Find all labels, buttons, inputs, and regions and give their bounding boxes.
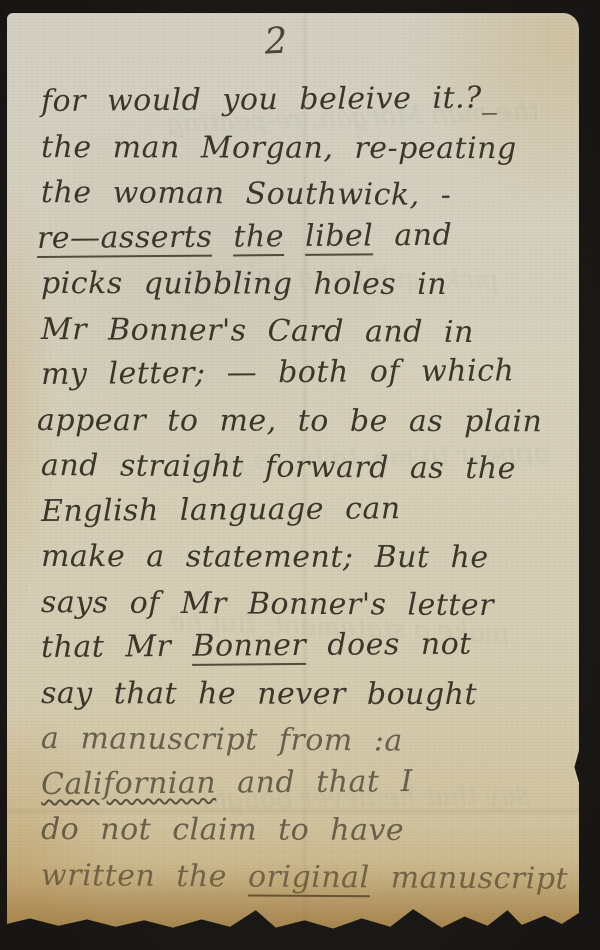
manuscript-text: the woman Southwick, - (41, 175, 452, 213)
manuscript-text: that Mr (41, 629, 193, 665)
underlined-word: Californian (41, 765, 216, 801)
manuscript-text: picks quibbling holes in (41, 266, 447, 302)
manuscript-text: say that he never bought (41, 676, 477, 712)
manuscript-line: English language can (41, 484, 569, 534)
manuscript-text: says of Mr Bonner's letter (41, 585, 494, 623)
manuscript-text: English language can (41, 491, 401, 529)
underlined-word: Bonner (192, 628, 306, 666)
manuscript-line: for would you beleive it.?_ (41, 75, 569, 125)
manuscript-page: the man Morgan, re-peating picks quibbli… (7, 13, 579, 935)
manuscript-line: that Mr Bonner does not (41, 621, 569, 671)
page-number: 2 (263, 20, 288, 62)
manuscript-line: picks quibbling holes in (41, 261, 569, 308)
manuscript-line: appear to me, to be as plain (37, 398, 569, 445)
manuscript-text: make a statement; But he (41, 539, 489, 575)
manuscript-line: do not claim to have (41, 807, 569, 854)
manuscript-text: my letter; — both of which (41, 353, 515, 392)
manuscript-line: make a statement; But he (41, 534, 569, 581)
manuscript-text: do not claim to have (41, 812, 404, 848)
manuscript-text: a manuscript from :a (41, 721, 403, 759)
underlined-word: re—asserts (37, 219, 213, 257)
manuscript-text-block: for would you beleive it.?_ the man Morg… (41, 79, 569, 898)
underlined-word: original (248, 859, 370, 897)
manuscript-line: re—asserts the libel and (37, 211, 569, 261)
manuscript-line: say that he never bought (41, 671, 569, 718)
manuscript-text: and (394, 217, 452, 252)
manuscript-line: Californian and that I (41, 757, 569, 807)
manuscript-text: and that I (237, 764, 413, 800)
manuscript-text: the man Morgan, re-peating (41, 130, 517, 166)
manuscript-line: written the original manuscript (41, 853, 569, 902)
manuscript-text: does not (327, 627, 472, 663)
manuscript-text: for would you beleive it.?_ (41, 80, 497, 119)
manuscript-line: the man Morgan, re-peating (41, 125, 569, 172)
manuscript-text: manuscript (391, 860, 569, 896)
manuscript-text: Mr Bonner's Card and in (41, 312, 474, 350)
manuscript-text: appear to me, to be as plain (37, 403, 542, 439)
manuscript-text: and straight forward as the (41, 448, 516, 486)
manuscript-text: written the (41, 858, 248, 894)
manuscript-line: my letter; — both of which (41, 348, 569, 398)
underlined-word: the (233, 219, 284, 256)
underlined-word: libel (305, 218, 374, 256)
